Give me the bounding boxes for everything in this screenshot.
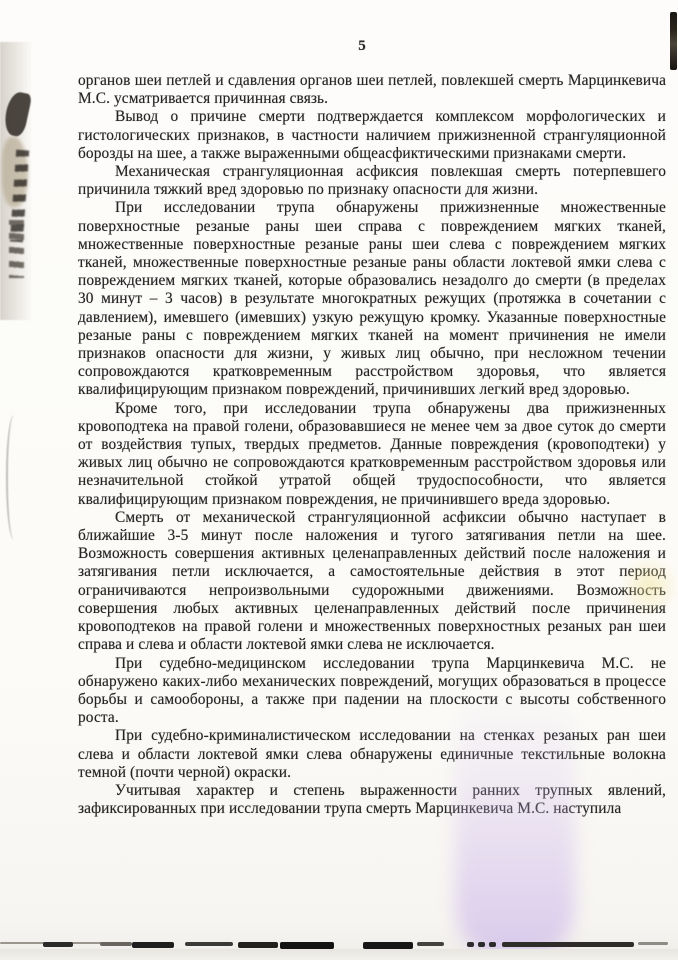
scan-corner-mark [670, 12, 677, 70]
paragraph-6: Смерть от механической странгуляционной … [78, 509, 666, 655]
edge-mark [100, 942, 132, 946]
paragraph-5: Кроме того, при исследовании трупа обнар… [78, 400, 666, 509]
paragraph-8: При судебно-криминалистическом исследова… [78, 727, 666, 782]
paragraph-4: При исследовании трупа обнаружены прижиз… [78, 199, 666, 399]
scan-color-streak [455, 690, 575, 958]
document-body: органов шеи петлей и сдавления органов ш… [78, 72, 666, 818]
scan-bottom-shadow [0, 949, 678, 960]
edge-mark [280, 942, 334, 949]
binding-mark [9, 220, 24, 278]
paragraph-1: органов шеи петлей и сдавления органов ш… [78, 72, 666, 108]
edge-mark [638, 942, 668, 945]
paragraph-7: При судебно-медицинском исследовании тру… [78, 655, 666, 728]
edge-mark [417, 942, 444, 946]
page-number: 5 [352, 38, 372, 55]
edge-mark [489, 942, 496, 947]
edge-mark [467, 942, 474, 947]
edge-mark [502, 942, 634, 947]
edge-mark [43, 942, 73, 947]
edge-mark [238, 942, 278, 948]
edge-mark [185, 942, 233, 946]
paragraph-9: Учитывая характер и степень выраженности… [78, 782, 666, 818]
scan-left-edge-artifact [0, 42, 36, 320]
paper-crease-line [6, 415, 22, 540]
edge-mark [363, 942, 413, 949]
paragraph-2: Вывод о причине смерти подтверждается ко… [78, 108, 666, 163]
edge-mark [478, 942, 485, 947]
scanned-document-page: 5 органов шеи петлей и сдавления органов… [0, 0, 678, 960]
edge-mark [132, 942, 174, 948]
binding-mark [2, 90, 33, 138]
paragraph-3: Механическая странгуляционная асфиксия п… [78, 163, 666, 199]
scan-yellow-tint [618, 555, 678, 617]
